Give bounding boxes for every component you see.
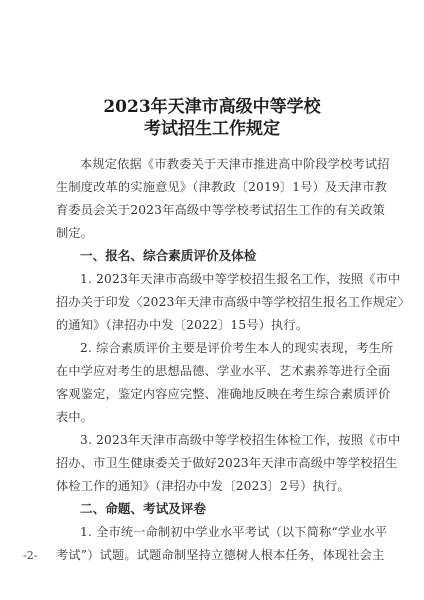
paragraph-line: 招办、市卫生健康委关于做好2023年天津市高级中等学校招生	[56, 455, 364, 471]
paragraph-line: 2. 综合素质评价主要是评价考生本人的现实表现，考生所	[80, 340, 364, 356]
intro-line: 育委员会关于2023年高级中等学校考试招生工作的有关政策	[56, 202, 364, 218]
paragraph-line: 表中。	[56, 409, 364, 425]
intro-line: 本规定依据《市教委关于天津市推进高中阶段学校考试招	[80, 156, 364, 172]
paragraph-line: 体检工作的通知》（津招办中发〔2023〕2号）执行。	[56, 478, 364, 494]
section-heading: 一、报名、综合素质评价及体检	[80, 248, 256, 264]
section-heading: 二、命题、考试及评卷	[80, 501, 206, 517]
paragraph-line: 1. 2023年天津市高级中等学校招生报名工作，按照《市中	[80, 271, 364, 287]
paragraph-line: 的通知》（津招办中发〔2022〕15号）执行。	[56, 317, 364, 333]
intro-line: 生制度改革的实施意见》（津教政〔2019〕1号）及天津市教	[56, 179, 364, 195]
page-number: -2-	[23, 549, 37, 562]
paragraph-line: 客观鉴定，鉴定内容应完整、准确地反映在考生综合素质评价	[56, 386, 364, 402]
paragraph-line: 3. 2023年天津市高级中等学校招生体检工作，按照《市中	[80, 432, 364, 448]
paragraph-line: 1. 全市统一命制初中学业水平考试（以下简称“学业水平	[80, 524, 364, 540]
document-title-line-1: 2023年天津市高级中等学校	[0, 97, 424, 118]
paragraph-line: 在中学应对考生的思想品德、学业水平、艺术素养等进行全面	[56, 363, 364, 379]
intro-line: 制定。	[56, 225, 364, 241]
document-title-line-2: 考试招生工作规定	[0, 119, 424, 140]
paragraph-line: 招办关于印发〈2023年天津市高级中等学校招生报名工作规定〉	[56, 294, 364, 310]
paragraph-line: 考试”）试题。试题命制坚持立德树人根本任务，体现社会主	[56, 547, 364, 563]
